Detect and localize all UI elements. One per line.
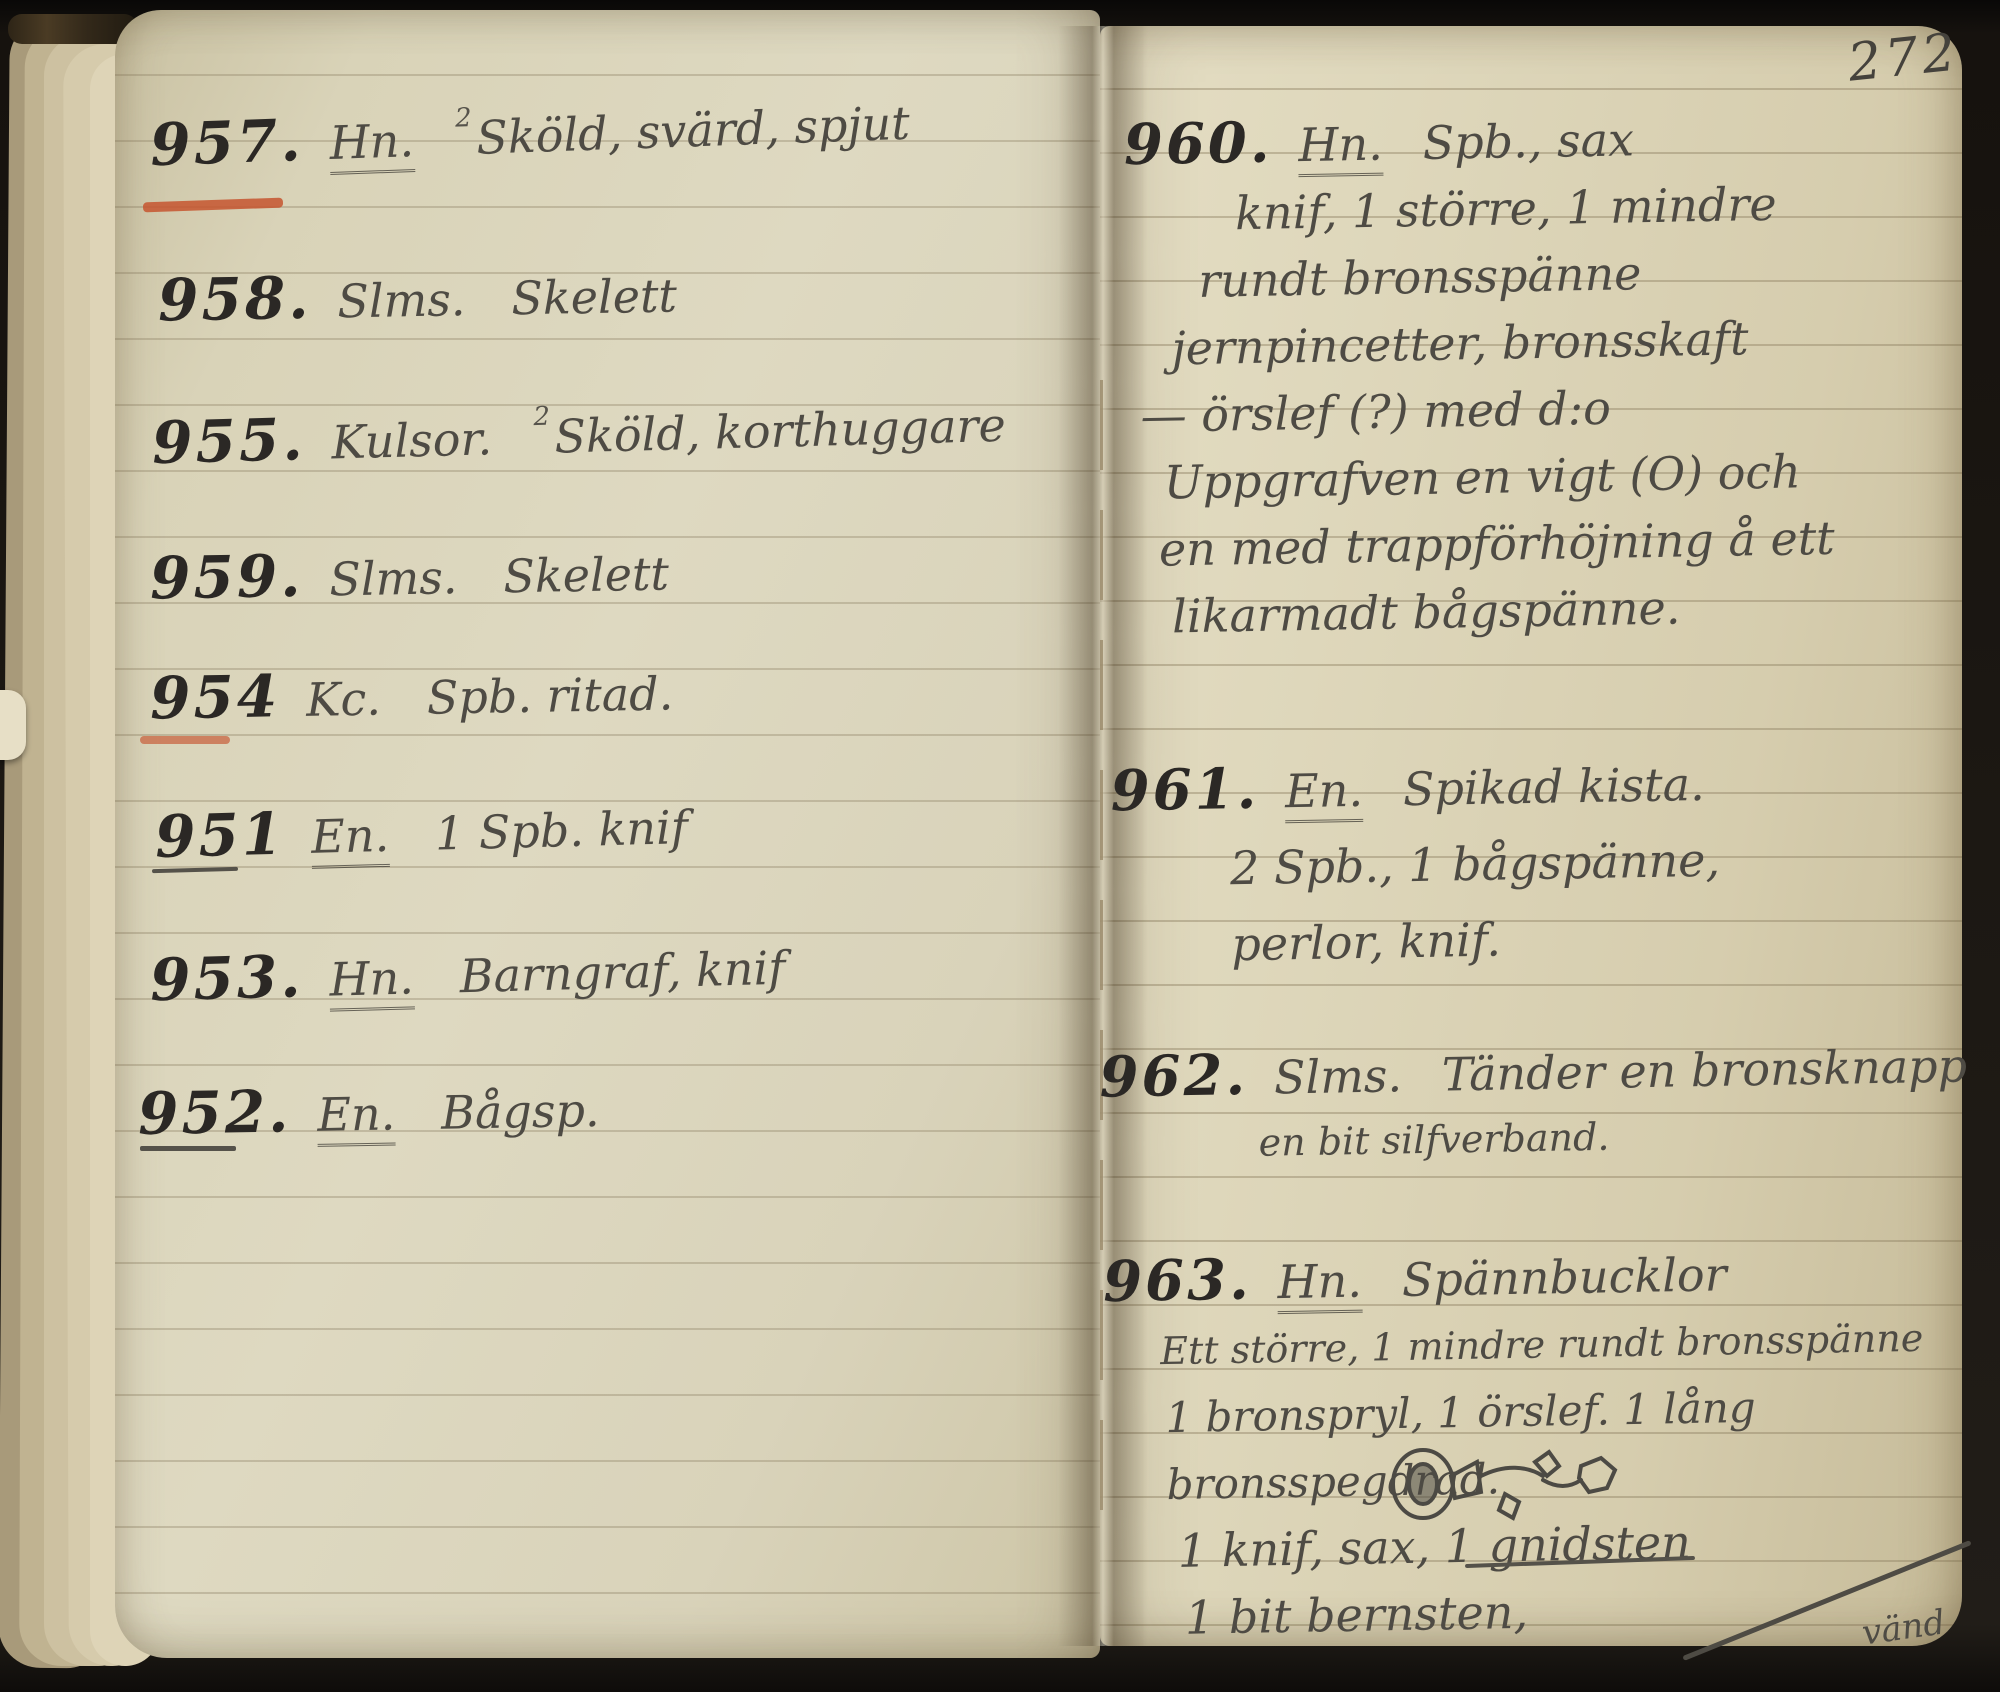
entry-959: 959.Slms.Skelett — [149, 535, 669, 612]
stitching-thread — [1100, 380, 1103, 1520]
entry-abbr: En. — [311, 808, 390, 869]
entry-abbr: Hn. — [1277, 1254, 1362, 1314]
page-number: 272 — [1845, 22, 1962, 93]
entry-superscript: 2 — [533, 402, 550, 432]
entry-abbr: Hn. — [1298, 117, 1383, 177]
entry-text: Spännbucklor — [1401, 1247, 1727, 1307]
entry-number: 957. — [149, 106, 305, 179]
entry-superscript — [422, 663, 423, 693]
entry-number: 963. — [1103, 1247, 1253, 1316]
entry-line: en med trappförhöjning å ett — [1158, 505, 1835, 584]
entry-superscript — [437, 1078, 438, 1108]
entry-952: 952.En.Bågsp. — [137, 1072, 600, 1148]
entry-line: Ett större, 1 mindre rundt bronsspänne — [1160, 1305, 1924, 1384]
entry-962: 962.Slms.Tänder en bronsknapp en bit sil… — [1099, 1026, 1969, 1174]
entry-number: 961. — [1110, 756, 1260, 825]
entry-abbr: Kulsor. — [331, 411, 493, 469]
entry-abbr: Slms. — [1273, 1048, 1402, 1104]
entry-text: Sköld, korthuggare — [554, 398, 1007, 464]
entry-line: 961.En.Spikad kista. — [1110, 743, 1719, 833]
entry-superscript — [430, 799, 431, 829]
entry-superscript — [499, 541, 500, 571]
entry-line: rundt bronsspänne — [1198, 237, 1831, 315]
entry-text: Tänder en bronsknapp — [1442, 1038, 1968, 1101]
entry-line: Uppgrafven en vigt (O) och — [1163, 438, 1834, 517]
entry-number: 951 — [154, 800, 286, 871]
entry-954: 954Kc.Spb. ritad. — [149, 655, 673, 732]
entry-line: likarmadt bågspänne. — [1172, 572, 1837, 651]
entry-961: 961.En.Spikad kista. 2 Spb., 1 bågspänne… — [1110, 743, 1722, 985]
entry-951: 951En.1 Spb. knif — [154, 789, 688, 871]
entry-text: Sköld, svärd, spjut — [475, 96, 910, 165]
entry-text: Bågsp. — [441, 1083, 600, 1140]
entry-line: — örslef (?) med d:o — [1140, 371, 1833, 450]
entry-line: en bit silfverband. — [1258, 1101, 1968, 1171]
entry-text: Barngraf, knif — [459, 941, 786, 1004]
entry-number: 955. — [151, 405, 306, 477]
entry-line: knif, 1 större, 1 mindre — [1235, 170, 1830, 247]
entry-abbr: En. — [1285, 763, 1364, 823]
entry-line: 960.Hn.Spb., sax — [1123, 100, 1828, 182]
entry-abbr: Hn. — [329, 113, 415, 175]
entry-960: 960.Hn.Spb., sax knif, 1 större, 1 mindr… — [1123, 100, 1836, 651]
entry-text: Spb., sax — [1422, 112, 1634, 170]
entry-text: 1 Spb. knif — [434, 800, 688, 861]
entry-line: 1 bit bernsten, — [1184, 1572, 1928, 1652]
red-underline — [140, 736, 230, 744]
entry-superscript — [507, 263, 508, 293]
entry-number: 954 — [149, 662, 280, 732]
notebook-scan: 272 957.Hn.2Sköld, svärd, spjut 958.Slms… — [0, 0, 2000, 1692]
entry-text: Spb. ritad. — [426, 666, 673, 724]
entry-abbr: Slms. — [337, 272, 466, 328]
entry-number: 952. — [137, 1077, 291, 1148]
page-corner-curl — [0, 690, 26, 760]
entry-number: 958. — [157, 264, 311, 335]
entry-superscript — [455, 941, 456, 971]
entry-line: jernpincetter, bronsskaft — [1171, 304, 1832, 383]
entry-line: perlor, knif. — [1231, 898, 1722, 983]
entry-abbr: Hn. — [329, 950, 415, 1011]
entry-line: 2 Spb., 1 bågspänne, — [1229, 822, 1720, 907]
entry-number: 962. — [1099, 1042, 1249, 1111]
entry-number: 953. — [149, 942, 304, 1014]
entry-958: 958.Slms.Skelett — [157, 257, 677, 334]
entry-text: Spikad kista. — [1402, 757, 1705, 816]
fibula-sketch-icon — [1385, 1436, 1620, 1536]
entry-text: Skelett — [511, 268, 677, 325]
entry-text: Skelett — [503, 546, 669, 603]
entry-number: 960. — [1123, 110, 1273, 179]
entry-abbr: Kc. — [306, 672, 382, 727]
entry-number: 959. — [149, 542, 303, 613]
entry-line: 962.Slms.Tänder en bronsknapp — [1099, 1026, 1968, 1116]
entry-abbr: En. — [317, 1087, 396, 1147]
pencil-underline — [140, 1146, 236, 1151]
entry-superscript: 2 — [455, 103, 473, 134]
entry-abbr: Slms. — [329, 550, 458, 606]
